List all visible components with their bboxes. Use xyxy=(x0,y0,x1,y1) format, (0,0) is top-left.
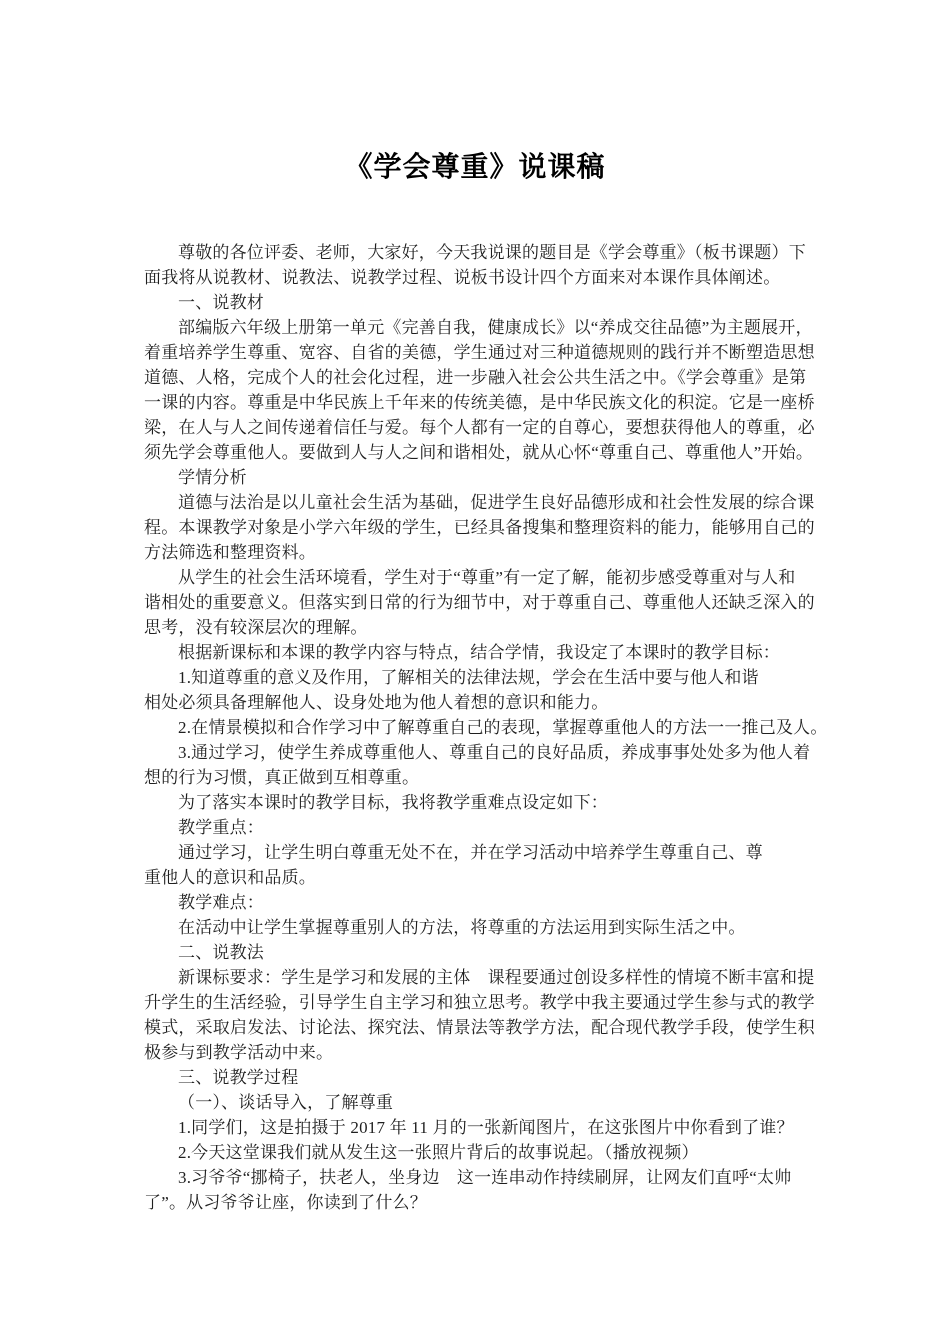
text-line: 模式，采取启发法、讨论法、探究法、情景法等教学方法，配合现代教学手段，使学生积 xyxy=(144,1015,816,1040)
text-line: 3.习爷爷“挪椅子，扶老人，坐身边 这一连串动作持续刷屏，让网友们直呼“太帅 xyxy=(144,1165,816,1190)
text-line: 教学重点： xyxy=(144,815,816,840)
document-page: 《学会尊重》说课稿 尊敬的各位评委、老师，大家好，今天我说课的题目是《学会尊重》… xyxy=(0,0,950,1344)
text-line: 通过学习，让学生明白尊重无处不在，并在学习活动中培养学生尊重自己、尊 xyxy=(144,840,816,865)
text-line: 尊敬的各位评委、老师，大家好，今天我说课的题目是《学会尊重》（板书课题）下 xyxy=(144,240,816,265)
text-line: 须先学会尊重他人。要做到人与人之间和谐相处，就从心怀“尊重自己、尊重他人”开始。 xyxy=(144,440,816,465)
text-line: 相处必须具备理解他人、设身处地为他人着想的意识和能力。 xyxy=(144,690,816,715)
text-line: 方法筛选和整理资料。 xyxy=(144,540,816,565)
text-line: 从学生的社会生活环境看，学生对于“尊重”有一定了解，能初步感受尊重对与人和 xyxy=(144,565,816,590)
text-line: 三、说教学过程 xyxy=(144,1065,816,1090)
text-line: 学情分析 xyxy=(144,465,816,490)
text-line: 教学难点： xyxy=(144,890,816,915)
text-line: 一、说教材 xyxy=(144,290,816,315)
text-line: 升学生的生活经验，引导学生自主学习和独立思考。教学中我主要通过学生参与式的教学 xyxy=(144,990,816,1015)
text-line: 谐相处的重要意义。但落实到日常的行为细节中，对于尊重自己、尊重他人还缺乏深入的 xyxy=(144,590,816,615)
text-line: 新课标要求：学生是学习和发展的主体 课程要通过创设多样性的情境不断丰富和提 xyxy=(144,965,816,990)
text-line: 了”。从习爷爷让座，你读到了什么？ xyxy=(144,1190,816,1215)
text-line: 1.知道尊重的意义及作用，了解相关的法律法规，学会在生活中要与他人和谐 xyxy=(144,665,816,690)
text-line: 为了落实本课时的教学目标，我将教学重难点设定如下： xyxy=(144,790,816,815)
text-line: 二、说教法 xyxy=(144,940,816,965)
text-line: 根据新课标和本课的教学内容与特点，结合学情，我设定了本课时的教学目标： xyxy=(144,640,816,665)
text-line: 重他人的意识和品质。 xyxy=(144,865,816,890)
text-line: 梁，在人与人之间传递着信任与爱。每个人都有一定的自尊心，要想获得他人的尊重，必 xyxy=(144,415,816,440)
text-line: 2.今天这堂课我们就从发生这一张照片背后的故事说起。（播放视频） xyxy=(144,1140,816,1165)
text-line: 2.在情景模拟和合作学习中了解尊重自己的表现，掌握尊重他人的方法一一推己及人。 xyxy=(144,715,816,740)
text-line: （一）、谈话导入，了解尊重 xyxy=(144,1090,816,1115)
text-line: 程。本课教学对象是小学六年级的学生，已经具备搜集和整理资料的能力，能够用自己的 xyxy=(144,515,816,540)
text-line: 思考，没有较深层次的理解。 xyxy=(144,615,816,640)
text-line: 极参与到教学活动中来。 xyxy=(144,1040,816,1065)
text-line: 道德、人格，完成个人的社会化过程，进一步融入社会公共生活之中。《学会尊重》是第 xyxy=(144,365,816,390)
text-line: 1.同学们，这是拍摄于 2017 年 11 月的一张新闻图片，在这张图片中你看到… xyxy=(144,1115,816,1140)
text-line: 在活动中让学生掌握尊重别人的方法，将尊重的方法运用到实际生活之中。 xyxy=(144,915,816,940)
text-line: 想的行为习惯，真正做到互相尊重。 xyxy=(144,765,816,790)
document-body: 尊敬的各位评委、老师，大家好，今天我说课的题目是《学会尊重》（板书课题）下面我将… xyxy=(144,240,816,1215)
text-line: 道德与法治是以儿童社会生活为基础，促进学生良好品德形成和社会性发展的综合课 xyxy=(144,490,816,515)
document-title: 《学会尊重》说课稿 xyxy=(0,150,950,184)
text-line: 3.通过学习，使学生养成尊重他人、尊重自己的良好品质，养成事事处处多为他人着 xyxy=(144,740,816,765)
text-line: 一课的内容。尊重是中华民族上千年来的传统美德，是中华民族文化的积淀。它是一座桥 xyxy=(144,390,816,415)
text-line: 部编版六年级上册第一单元《完善自我，健康成长》以“养成交往品德”为主题展开， xyxy=(144,315,816,340)
text-line: 面我将从说教材、说教法、说教学过程、说板书设计四个方面来对本课作具体阐述。 xyxy=(144,265,816,290)
text-line: 着重培养学生尊重、宽容、自省的美德，学生通过对三种道德规则的践行并不断塑造思想 xyxy=(144,340,816,365)
